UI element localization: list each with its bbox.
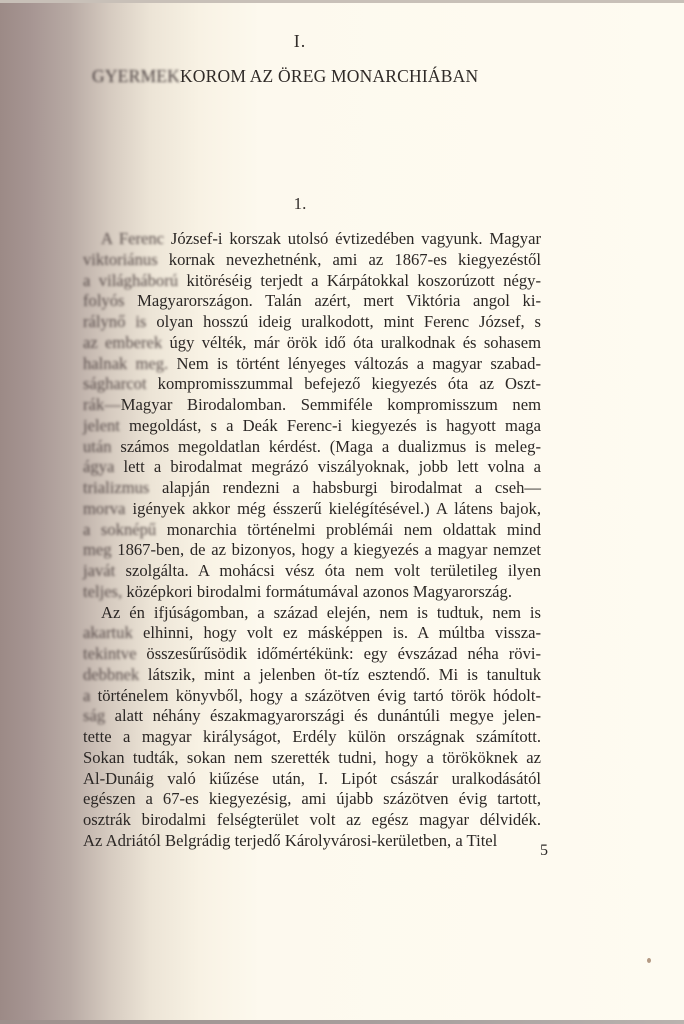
gutter-blurred-text: halnak meg. bbox=[83, 354, 168, 373]
text-line: a soknépű monarchia történelmi problémái… bbox=[83, 520, 541, 541]
text-line: ság alatt néhány északmagyarországi és d… bbox=[83, 706, 541, 727]
paper-speck bbox=[647, 958, 651, 963]
gutter-blurred-text: rák— bbox=[83, 395, 121, 414]
gutter-blurred-text: viktoriánus bbox=[83, 250, 158, 269]
line-text: alapján rendezni a habsburgi birodalmat … bbox=[149, 478, 541, 497]
text-line: Al-Dunáig való kiűzése után, I. Lipót cs… bbox=[83, 769, 541, 790]
gutter-blurred-text: ágya bbox=[83, 457, 114, 476]
chapter-title-gutter-part: GYERMEK bbox=[92, 66, 180, 86]
text-line: rák—Magyar Birodalomban. Semmiféle kompr… bbox=[83, 395, 541, 416]
text-line: Az Adriától Belgrádig terjedő Károlyváro… bbox=[83, 831, 541, 852]
text-line: trializmus alapján rendezni a habsburgi … bbox=[83, 478, 541, 499]
line-text: Magyarországon. Talán azért, mert Viktór… bbox=[124, 291, 541, 310]
page-top-edge bbox=[0, 0, 684, 3]
section-number: 1. bbox=[0, 194, 600, 214]
line-text: elhinni, hogy volt ez másképpen is. A mú… bbox=[133, 623, 541, 642]
text-line: osztrák birodalmi felségterület volt az … bbox=[83, 810, 541, 831]
line-text: látszik, mint a jelenben öt-tíz esztendő… bbox=[139, 665, 541, 684]
line-text: egészen a 67-es kiegyezésig, ami újabb s… bbox=[83, 789, 541, 808]
page-number: 5 bbox=[540, 842, 548, 860]
line-text: osztrák birodalmi felségterület volt az … bbox=[83, 810, 541, 829]
text-line: A Ferenc József-i korszak utolsó évtized… bbox=[83, 229, 541, 250]
line-text: 1867-ben, de az bizonyos, hogy a kiegyez… bbox=[112, 540, 541, 559]
gutter-blurred-text: tekintve bbox=[83, 644, 136, 663]
gutter-blurred-text: az emberek bbox=[83, 333, 162, 352]
gutter-blurred-text: a soknépű bbox=[83, 520, 156, 539]
line-text: Az én ifjúságomban, a század elején, nem… bbox=[101, 603, 541, 622]
line-text: úgy vélték, már örök idő óta uralkodnak … bbox=[162, 333, 541, 352]
page-bottom-edge bbox=[0, 1020, 684, 1024]
text-line: ságharcot kompromisszummal befejező kieg… bbox=[83, 374, 541, 395]
line-text: lett a birodalmat megrázó viszályoknak, … bbox=[114, 457, 541, 476]
line-text: megoldást, s a Deák Ferenc-i kiegyezés i… bbox=[120, 416, 541, 435]
line-text: Magyar Birodalomban. Semmiféle kompromis… bbox=[121, 395, 541, 414]
gutter-blurred-text: ság bbox=[83, 706, 105, 725]
body-text: A Ferenc József-i korszak utolsó évtized… bbox=[83, 229, 541, 852]
line-text: Az Adriától Belgrádig terjedő Károlyváro… bbox=[83, 831, 497, 850]
text-line: tekintve összesűrűsödik időmértékünk: eg… bbox=[83, 644, 541, 665]
text-line: a világháború kitöréséig terjedt a Kárpá… bbox=[83, 271, 541, 292]
gutter-blurred-text: akartuk bbox=[83, 623, 133, 642]
gutter-blurred-text: után bbox=[83, 437, 112, 456]
text-line: debbnek látszik, mint a jelenben öt-tíz … bbox=[83, 665, 541, 686]
text-line: folyós Magyarországon. Talán azért, mert… bbox=[83, 291, 541, 312]
line-text: Sokan tudták, sokan nem szerették tudni,… bbox=[83, 748, 541, 767]
gutter-blurred-text: morva bbox=[83, 499, 125, 518]
text-line: halnak meg. Nem is történt lényeges vált… bbox=[83, 354, 541, 375]
text-line: az emberek úgy vélték, már örök idő óta … bbox=[83, 333, 541, 354]
line-text: számos megoldatlan kérdést. (Maga a dual… bbox=[112, 437, 541, 456]
gutter-blurred-text: a világháború bbox=[83, 271, 178, 290]
gutter-blurred-text: javát bbox=[83, 561, 115, 580]
text-line: teljes, középkori birodalmi formátumával… bbox=[83, 582, 541, 603]
text-line: tette a magyar királyságot, Erdély külön… bbox=[83, 727, 541, 748]
chapter-title: GYERMEKKOROM AZ ÖREG MONARCHIÁBAN bbox=[92, 66, 512, 87]
text-line: rálynő is olyan hosszú ideig uralkodott,… bbox=[83, 312, 541, 333]
text-line: viktoriánus kornak nevezhetnénk, ami az … bbox=[83, 250, 541, 271]
line-text: Al-Dunáig való kiűzése után, I. Lipót cs… bbox=[83, 769, 541, 788]
line-text: középkori birodalmi formátumával azonos … bbox=[122, 582, 512, 601]
text-line: jelent megoldást, s a Deák Ferenc-i kieg… bbox=[83, 416, 541, 437]
line-text: történelem könyvből, hogy a százötven év… bbox=[90, 686, 541, 705]
line-text: Nem is történt lényeges változás a magya… bbox=[168, 354, 541, 373]
line-text: összesűrűsödik időmértékünk: egy évszáza… bbox=[136, 644, 541, 663]
gutter-blurred-text: ságharcot bbox=[83, 374, 147, 393]
text-line: Sokan tudták, sokan nem szerették tudni,… bbox=[83, 748, 541, 769]
gutter-blurred-text: jelent bbox=[83, 416, 120, 435]
line-text: kompromisszummal befejező kiegyezés óta … bbox=[147, 374, 541, 393]
chapter-title-visible-part: KOROM AZ ÖREG MONARCHIÁBAN bbox=[180, 66, 478, 86]
line-text: monarchia történelmi problémái nem oldat… bbox=[156, 520, 541, 539]
gutter-blurred-text: a bbox=[83, 686, 90, 705]
text-line: morva igények akkor még ésszerű kielégít… bbox=[83, 499, 541, 520]
line-text: igények akkor még ésszerű kielégítésével… bbox=[125, 499, 541, 518]
line-text: tette a magyar királyságot, Erdély külön… bbox=[83, 727, 541, 746]
text-line: a történelem könyvből, hogy a százötven … bbox=[83, 686, 541, 707]
text-line: egészen a 67-es kiegyezésig, ami újabb s… bbox=[83, 789, 541, 810]
gutter-blurred-text: teljes, bbox=[83, 582, 122, 601]
gutter-blurred-text: folyós bbox=[83, 291, 124, 310]
text-line: javát szolgálta. A mohácsi vész óta nem … bbox=[83, 561, 541, 582]
line-text: kornak nevezhetnénk, ami az 1867-es kieg… bbox=[158, 250, 541, 269]
text-line: Az én ifjúságomban, a század elején, nem… bbox=[83, 603, 541, 624]
gutter-blurred-text: meg bbox=[83, 540, 112, 559]
text-line: ágya lett a birodalmat megrázó viszályok… bbox=[83, 457, 541, 478]
gutter-blurred-text: debbnek bbox=[83, 665, 139, 684]
chapter-number: I. bbox=[0, 31, 600, 52]
gutter-blurred-text: rálynő is bbox=[83, 312, 146, 331]
line-text: alatt néhány északmagyarországi és dunán… bbox=[105, 706, 541, 725]
line-text: szolgálta. A mohácsi vész óta nem volt t… bbox=[115, 561, 541, 580]
text-line: meg 1867-ben, de az bizonyos, hogy a kie… bbox=[83, 540, 541, 561]
line-text: kitöréséig terjedt a Kárpátokkal koszorú… bbox=[178, 271, 541, 290]
text-line: után számos megoldatlan kérdést. (Maga a… bbox=[83, 437, 541, 458]
line-text: József-i korszak utolsó évtizedében vagy… bbox=[164, 229, 541, 248]
book-page: I. GYERMEKKOROM AZ ÖREG MONARCHIÁBAN 1. … bbox=[0, 0, 684, 1024]
gutter-blurred-text: trializmus bbox=[83, 478, 149, 497]
gutter-blurred-text: A Ferenc bbox=[101, 229, 164, 248]
text-line: akartuk elhinni, hogy volt ez másképpen … bbox=[83, 623, 541, 644]
line-text: olyan hosszú ideig uralkodott, mint Fere… bbox=[146, 312, 541, 331]
